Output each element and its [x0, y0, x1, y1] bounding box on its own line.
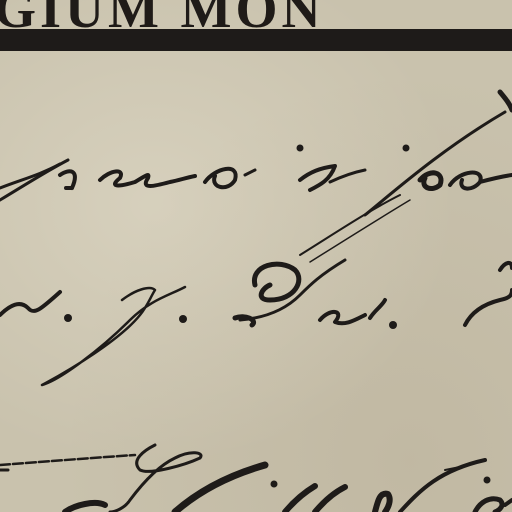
handwriting-line-3: Solill sie — [0, 480, 4, 481]
handwriting-strokes — [0, 0, 512, 512]
handwriting-line-1: heroici fa — [0, 160, 5, 161]
handwriting-line-2: r. 7. Dec. 1 — [0, 295, 6, 296]
